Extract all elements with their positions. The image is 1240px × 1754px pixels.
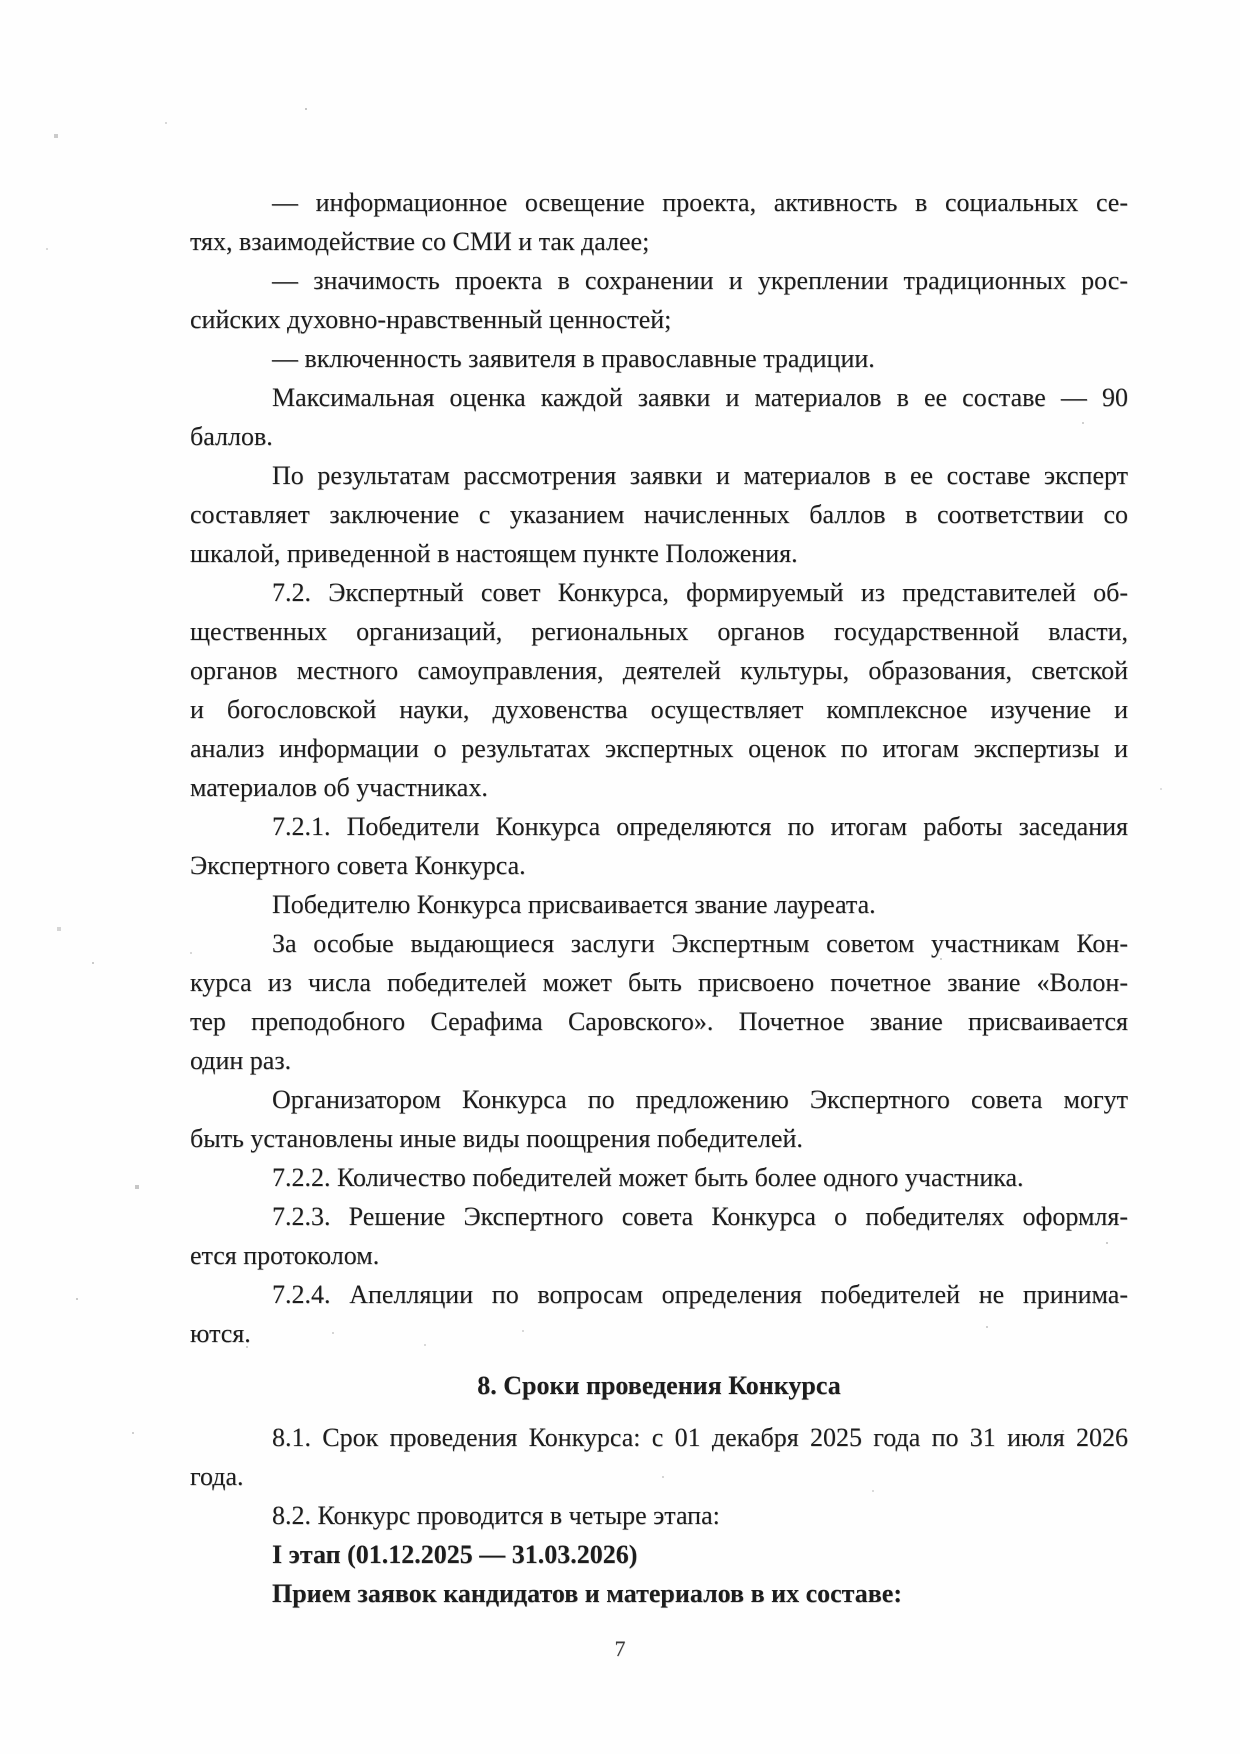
text-line: один раз.: [190, 1041, 1128, 1080]
text-line: щественных организаций, региональных орг…: [190, 612, 1128, 651]
text-line: ются.: [190, 1314, 1128, 1353]
page-number: 7: [0, 1636, 1240, 1662]
text-line: — включенность заявителя в православные …: [190, 339, 1128, 378]
text-line: Экспертного совета Конкурса.: [190, 846, 1128, 885]
text-line: 8.1. Срок проведения Конкурса: с 01 дека…: [190, 1418, 1128, 1457]
text-line: Максимальная оценка каждой заявки и мате…: [190, 378, 1128, 417]
text-line: — значимость проекта в сохранении и укре…: [190, 261, 1128, 300]
text-line: баллов.: [190, 417, 1128, 456]
section-heading: 8. Сроки проведения Конкурса: [190, 1366, 1128, 1405]
text-line: 7.2.3. Решение Экспертного совета Конкур…: [190, 1197, 1128, 1236]
text-line: 8.2. Конкурс проводится в четыре этапа:: [190, 1496, 1128, 1535]
text-line: I этап (01.12.2025 — 31.03.2026): [190, 1535, 1128, 1574]
text-line: 7.2.1. Победители Конкурса определяются …: [190, 807, 1128, 846]
text-line: Победителю Конкурса присваивается звание…: [190, 885, 1128, 924]
text-line: Прием заявок кандидатов и материалов в и…: [190, 1574, 1128, 1613]
text-line: ется протоколом.: [190, 1236, 1128, 1275]
scan-noise: [0, 0, 2, 2]
document-page: — информационное освещение проекта, акти…: [0, 0, 1240, 1754]
text-block: — информационное освещение проекта, акти…: [190, 183, 1128, 1613]
text-line: тер преподобного Серафима Саровского». П…: [190, 1002, 1128, 1041]
text-line: 7.2.4. Апелляции по вопросам определения…: [190, 1275, 1128, 1314]
text-line: года.: [190, 1457, 1128, 1496]
text-line: 7.2. Экспертный совет Конкурса, формируе…: [190, 573, 1128, 612]
text-line: курса из числа победителей может быть пр…: [190, 963, 1128, 1002]
text-line: и богословской науки, духовенства осущес…: [190, 690, 1128, 729]
text-line: — информационное освещение проекта, акти…: [190, 183, 1128, 222]
text-line: анализ информации о результатах экспертн…: [190, 729, 1128, 768]
text-line: быть установлены иные виды поощрения поб…: [190, 1119, 1128, 1158]
text-line: органов местного самоуправления, деятеле…: [190, 651, 1128, 690]
text-line: составляет заключение с указанием начисл…: [190, 495, 1128, 534]
text-line: тях, взаимодействие со СМИ и так далее;: [190, 222, 1128, 261]
text-line: материалов об участниках.: [190, 768, 1128, 807]
text-line: За особые выдающиеся заслуги Экспертным …: [190, 924, 1128, 963]
text-line: сийских духовно-нравственный ценностей;: [190, 300, 1128, 339]
text-line: По результатам рассмотрения заявки и мат…: [190, 456, 1128, 495]
text-line: шкалой, приведенной в настоящем пункте П…: [190, 534, 1128, 573]
text-line: Организатором Конкурса по предложению Эк…: [190, 1080, 1128, 1119]
text-line: 7.2.2. Количество победителей может быть…: [190, 1158, 1128, 1197]
